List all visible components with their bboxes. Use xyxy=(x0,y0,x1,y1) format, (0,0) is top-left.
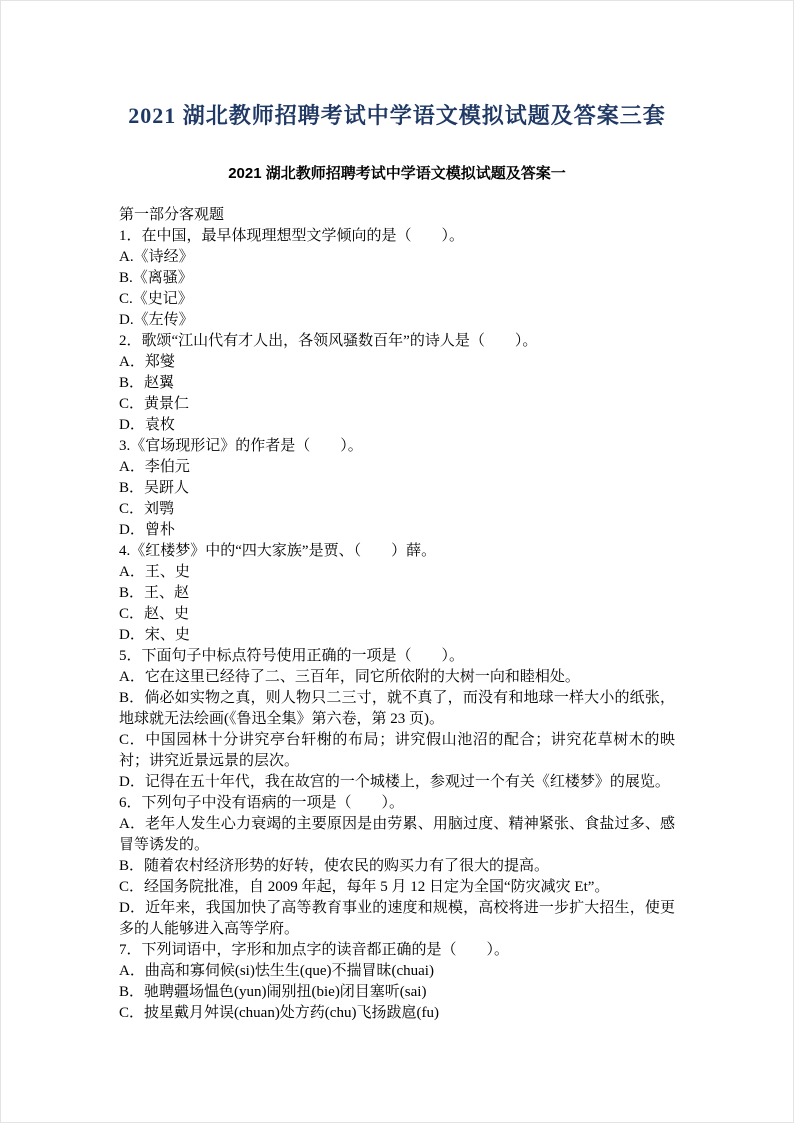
question-6-option-d: D．近年来，我国加快了高等教育事业的速度和规模，高校将进一步扩大招生，使更多的人… xyxy=(119,898,675,940)
question-2-option-d: D．袁枚 xyxy=(119,415,675,436)
question-2-option-c: C．黄景仁 xyxy=(119,394,675,415)
question-2: 2．歌颂“江山代有才人出，各领风骚数百年”的诗人是（ ）。 A．郑燮 B．赵翼 … xyxy=(119,331,675,436)
question-3-stem: 3.《官场现形记》的作者是（ ）。 xyxy=(119,436,675,457)
question-6: 6．下列句子中没有语病的一项是（ ）。 A．老年人发生心力衰竭的主要原因是由劳累… xyxy=(119,793,675,940)
question-7-option-c: C．披星戴月舛误(chuan)处方药(chu)飞扬跋扈(fu) xyxy=(119,1003,675,1024)
question-3-option-c: C．刘鹗 xyxy=(119,499,675,520)
part-heading: 第一部分客观题 xyxy=(119,205,675,226)
document-subtitle: 2021 湖北教师招聘考试中学语文模拟试题及答案一 xyxy=(119,164,675,183)
question-7-option-b: B．驰聘疆场愠色(yun)闹别扭(bie)闭目塞听(sai) xyxy=(119,982,675,1003)
question-4-stem: 4.《红楼梦》中的“四大家族”是贾、（ ）薛。 xyxy=(119,541,675,562)
question-3: 3.《官场现形记》的作者是（ ）。 A．李伯元 B．吴趼人 C．刘鹗 D．曾朴 xyxy=(119,436,675,541)
question-6-option-c: C．经国务院批准，自 2009 年起，每年 5 月 12 日定为全国“防灾减灾 … xyxy=(119,877,675,898)
question-1-stem: 1．在中国，最早体现理想型文学倾向的是（ ）。 xyxy=(119,226,675,247)
question-5-option-b: B．倘必如实物之真，则人物只二三寸，就不真了，而没有和地球一样大小的纸张，地球就… xyxy=(119,688,675,730)
question-3-option-a: A．李伯元 xyxy=(119,457,675,478)
question-5: 5．下面句子中标点符号使用正确的一项是（ ）。 A．它在这里已经待了二、三百年，… xyxy=(119,646,675,793)
document-page: 2021 湖北教师招聘考试中学语文模拟试题及答案三套 2021 湖北教师招聘考试… xyxy=(0,0,794,1123)
question-7-option-a: A．曲高和寡伺候(si)怯生生(que)不揣冒昧(chuai) xyxy=(119,961,675,982)
question-3-option-b: B．吴趼人 xyxy=(119,478,675,499)
question-7: 7．下列词语中，字形和加点字的读音都正确的是（ ）。 A．曲高和寡伺候(si)怯… xyxy=(119,940,675,1024)
question-1-option-d: D.《左传》 xyxy=(119,310,675,331)
question-4-option-d: D．宋、史 xyxy=(119,625,675,646)
question-4: 4.《红楼梦》中的“四大家族”是贾、（ ）薛。 A．王、史 B．王、赵 C．赵、… xyxy=(119,541,675,646)
document-title: 2021 湖北教师招聘考试中学语文模拟试题及答案三套 xyxy=(119,101,675,131)
document-body: 第一部分客观题 1．在中国，最早体现理想型文学倾向的是（ ）。 A.《诗经》 B… xyxy=(119,205,675,1024)
question-1-option-a: A.《诗经》 xyxy=(119,247,675,268)
question-1-option-b: B.《离骚》 xyxy=(119,268,675,289)
question-2-stem: 2．歌颂“江山代有才人出，各领风骚数百年”的诗人是（ ）。 xyxy=(119,331,675,352)
question-1: 1．在中国，最早体现理想型文学倾向的是（ ）。 A.《诗经》 B.《离骚》 C.… xyxy=(119,226,675,331)
question-6-option-b: B．随着农村经济形势的好转，使农民的购买力有了很大的提高。 xyxy=(119,856,675,877)
question-2-option-b: B．赵翼 xyxy=(119,373,675,394)
question-4-option-c: C．赵、史 xyxy=(119,604,675,625)
question-5-option-d: D．记得在五十年代，我在故宫的一个城楼上，参观过一个有关《红楼梦》的展览。 xyxy=(119,772,675,793)
question-5-option-c: C．中国园林十分讲究亭台轩榭的布局；讲究假山池沼的配合；讲究花草树木的映衬；讲究… xyxy=(119,730,675,772)
question-5-option-a: A．它在这里已经待了二、三百年，同它所依附的大树一向和睦相处。 xyxy=(119,667,675,688)
question-7-stem: 7．下列词语中，字形和加点字的读音都正确的是（ ）。 xyxy=(119,940,675,961)
question-6-stem: 6．下列句子中没有语病的一项是（ ）。 xyxy=(119,793,675,814)
question-3-option-d: D．曾朴 xyxy=(119,520,675,541)
question-4-option-b: B．王、赵 xyxy=(119,583,675,604)
question-5-stem: 5．下面句子中标点符号使用正确的一项是（ ）。 xyxy=(119,646,675,667)
question-1-option-c: C.《史记》 xyxy=(119,289,675,310)
question-4-option-a: A．王、史 xyxy=(119,562,675,583)
question-2-option-a: A．郑燮 xyxy=(119,352,675,373)
question-6-option-a: A．老年人发生心力衰竭的主要原因是由劳累、用脑过度、精神紧张、食盐过多、感冒等诱… xyxy=(119,814,675,856)
